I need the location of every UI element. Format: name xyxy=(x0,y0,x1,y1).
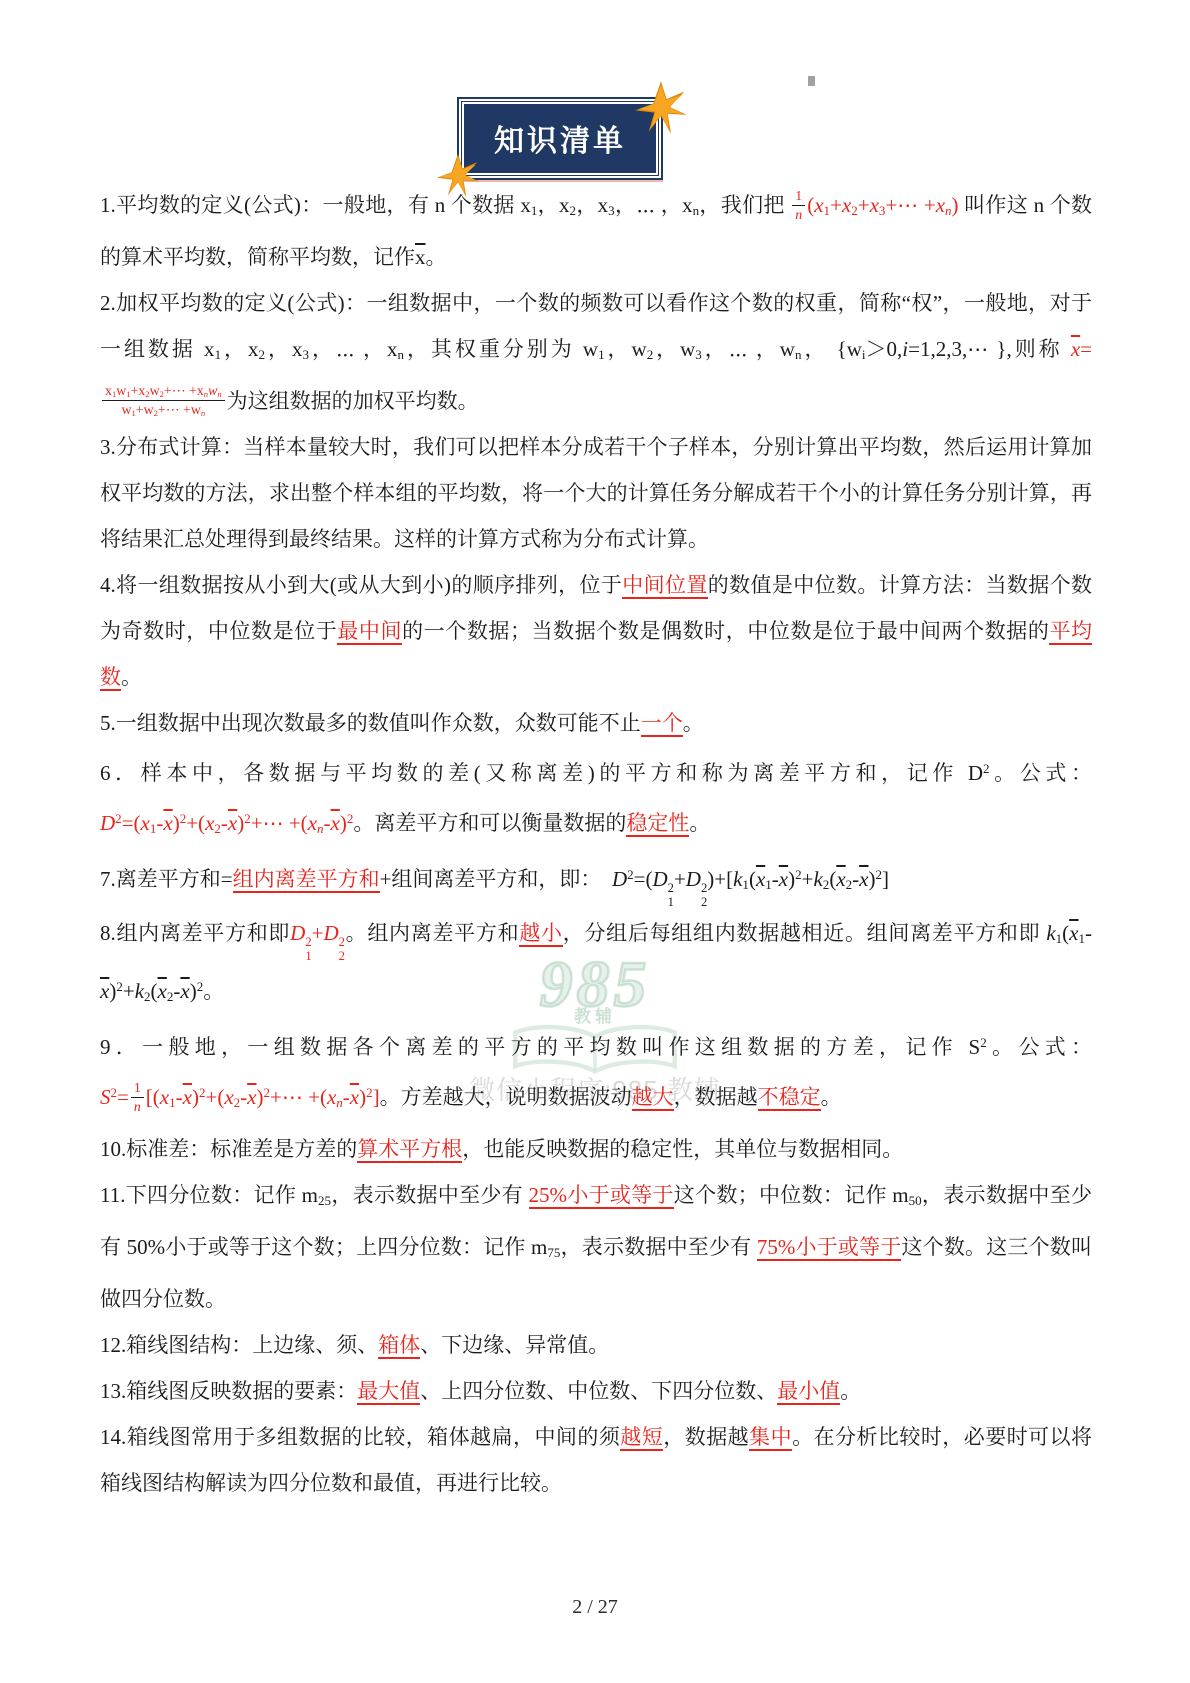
document-page: 知识清单 985 教辅 微信小程序:985 教辅 1.平均数的定义(公式)：一般… xyxy=(0,0,1190,1683)
list-item-14: 14.箱线图常用于多组数据的比较，箱体越扁，中间的须越短，数据越集中。在分析比较… xyxy=(100,1414,1092,1506)
list-item-4: 4.将一组数据按从小到大(或从大到小)的顺序排列，位于中间位置的数值是中位数。计… xyxy=(100,562,1092,700)
knowledge-checklist-badge: 知识清单 xyxy=(457,97,663,180)
notes-list: 1.平均数的定义(公式)：一般地，有 n 个数据 x1，x2，x3，⋯ ，xn，… xyxy=(100,182,1092,1506)
star-icon-top-right xyxy=(633,79,689,135)
list-item-11: 11.下四分位数：记作 m25，表示数据中至少有 25%小于或等于这个数；中位数… xyxy=(100,1172,1092,1322)
list-item-6-formula: D2=(x1-x)2+(x2-x)2+⋯ +(xn-x)2。离差平方和可以衡量数… xyxy=(100,796,1092,852)
list-item-13: 13.箱线图反映数据的要素：最大值、上四分位数、中位数、下四分位数、最小值。 xyxy=(100,1368,1092,1414)
list-item-10: 10.标准差：标准差是方差的算术平方根，也能反映数据的稳定性，其单位与数据相同。 xyxy=(100,1126,1092,1172)
list-item-9-formula: S2=1n[(x1-x)2+(x2-x)2+⋯ +(xn-x)2]。方差越大，说… xyxy=(100,1070,1092,1126)
list-item-9-intro: 9．一般地，一组数据各个离差的平方的平均数叫作这组数据的方差，记作 S2。公式： xyxy=(100,1020,1092,1070)
list-item-1: 1.平均数的定义(公式)：一般地，有 n 个数据 x1，x2，x3，⋯ ，xn，… xyxy=(100,182,1092,280)
list-item-8: 8.组内离差平方和即D21+D22。组内离差平方和越小，分组后每组组内数据越相近… xyxy=(100,910,1092,1020)
list-item-7: 7.离差平方和=组内离差平方和+组间离差平方和，即： D2=(D21+D22)+… xyxy=(100,852,1092,910)
badge-inner-frame: 知识清单 xyxy=(461,101,659,176)
list-item-12: 12.箱线图结构：上边缘、须、箱体、下边缘、异常值。 xyxy=(100,1322,1092,1368)
list-item-3: 3.分布式计算：当样本量较大时，我们可以把样本分成若干个子样本，分别计算出平均数… xyxy=(100,424,1092,562)
page-number: 2 / 27 xyxy=(0,1596,1190,1619)
page-artifact-dot xyxy=(808,76,815,86)
badge-label: 知识清单 xyxy=(464,104,656,173)
list-item-5: 5.一组数据中出现次数最多的数值叫作众数，众数可能不止一个。 xyxy=(100,700,1092,746)
list-item-2: 2.加权平均数的定义(公式)：一组数据中，一个数的频数可以看作这个数的权重，简称… xyxy=(100,280,1092,424)
list-item-6-intro: 6．样本中，各数据与平均数的差(又称离差)的平方和称为离差平方和，记作 D2。公… xyxy=(100,746,1092,796)
star-icon-bottom-left xyxy=(435,152,481,198)
